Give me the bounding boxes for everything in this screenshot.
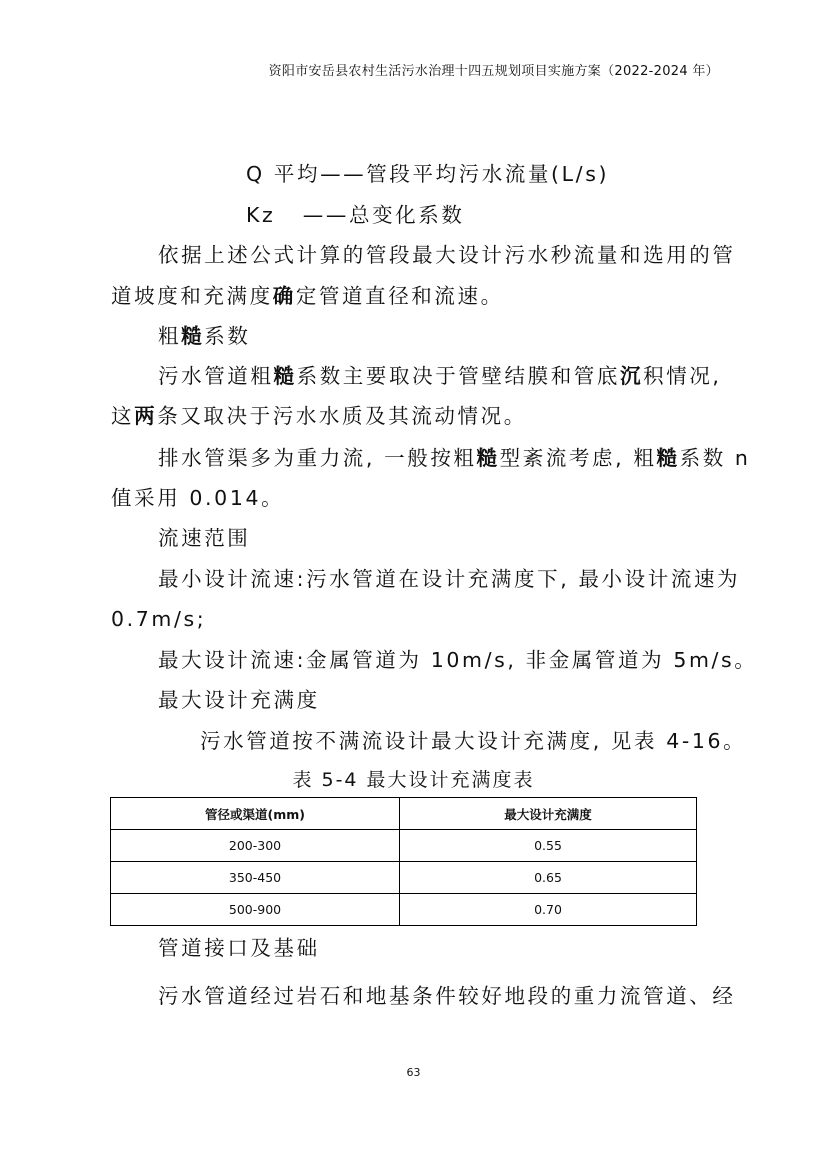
table-row: 500-900 0.70 [111, 894, 697, 926]
text-run: 型紊流考虑, 粗 [500, 446, 657, 470]
table-caption: 表 5-4 最大设计充满度表 [0, 765, 827, 792]
max-fullness-table: 管径或渠道(mm) 最大设计充满度 200-300 0.55 350-450 0… [110, 797, 697, 926]
formula-symbol: Q 平均 [246, 162, 320, 186]
paragraph-line: 污水管道按不满流设计最大设计充满度, 见表 4-16。 [200, 729, 746, 753]
cell-diameter: 500-900 [111, 894, 400, 926]
text-run: 糙 [181, 324, 204, 348]
formula-desc: ——总变化系数 [303, 203, 465, 227]
text-run: 糙 [477, 446, 500, 470]
table-row: 350-450 0.65 [111, 862, 697, 894]
text-run: 道坡度和充满度 [111, 284, 273, 308]
header-cell-diameter: 管径或渠道(mm) [111, 798, 400, 830]
text-run: 系数主要取决于管壁结膜和管底 [297, 364, 620, 388]
paragraph-line: 值采用 0.014。 [111, 486, 284, 510]
text-run: 定管道直径和流速。 [296, 284, 504, 308]
section-heading-joint: 管道接口及基础 [158, 936, 320, 960]
text-run: 污水管道粗 [158, 364, 274, 388]
text-run: 糙 [274, 364, 297, 388]
text-run: 沉 [620, 364, 643, 388]
table-header-row: 管径或渠道(mm) 最大设计充满度 [111, 798, 697, 830]
formula-symbol: Kz [246, 203, 275, 227]
paragraph-line: 排水管渠多为重力流, 一般按粗糙型紊流考虑, 粗糙系数 n [158, 446, 751, 470]
text-run: 系数 n [680, 446, 751, 470]
cell-fullness: 0.55 [400, 830, 697, 862]
formula-def-q: Q 平均——管段平均污水流量(L/s) [246, 162, 609, 186]
text-run: 积情况, [643, 364, 721, 388]
table-row: 200-300 0.55 [111, 830, 697, 862]
formula-desc: ——管段平均污水流量(L/s) [320, 162, 609, 186]
paragraph-line: 污水管道粗糙系数主要取决于管壁结膜和管底沉积情况, [158, 364, 722, 388]
cell-fullness: 0.70 [400, 894, 697, 926]
running-header: 资阳市安岳县农村生活污水治理十四五规划项目实施方案（2022-2024 年） [269, 60, 719, 79]
text-run: 糙 [657, 446, 680, 470]
paragraph-line: 最大设计流速:金属管道为 10m/s, 非金属管道为 5m/s。 [158, 648, 757, 672]
cell-diameter: 350-450 [111, 862, 400, 894]
page-number: 63 [0, 1066, 827, 1079]
paragraph-line: 这两条又取决于污水水质及其流动情况。 [111, 404, 527, 428]
text-run: 两 [134, 404, 157, 428]
cell-diameter: 200-300 [111, 830, 400, 862]
text-run: 排水管渠多为重力流, 一般按粗 [158, 446, 477, 470]
paragraph-line: 0.7m/s; [111, 607, 206, 631]
paragraph-line: 依据上述公式计算的管段最大设计污水秒流量和选用的管 [158, 243, 736, 267]
section-heading-fullness: 最大设计充满度 [158, 688, 320, 712]
text-run: 粗 [158, 324, 181, 348]
text-run: 确 [273, 284, 296, 308]
paragraph-line: 道坡度和充满度确定管道直径和流速。 [111, 284, 504, 308]
section-heading-velocity: 流速范围 [158, 526, 250, 550]
text-run: 条又取决于污水水质及其流动情况。 [157, 404, 527, 428]
text-run: 系数 [204, 324, 250, 348]
text-run: 这 [111, 404, 134, 428]
section-heading-roughness: 粗糙系数 [158, 324, 250, 348]
formula-def-kz: Kz ——总变化系数 [246, 203, 464, 227]
paragraph-line: 污水管道经过岩石和地基条件较好地段的重力流管道、经 [158, 984, 736, 1008]
paragraph-line: 最小设计流速:污水管道在设计充满度下, 最小设计流速为 [158, 567, 740, 591]
header-cell-fullness: 最大设计充满度 [400, 798, 697, 830]
cell-fullness: 0.65 [400, 862, 697, 894]
